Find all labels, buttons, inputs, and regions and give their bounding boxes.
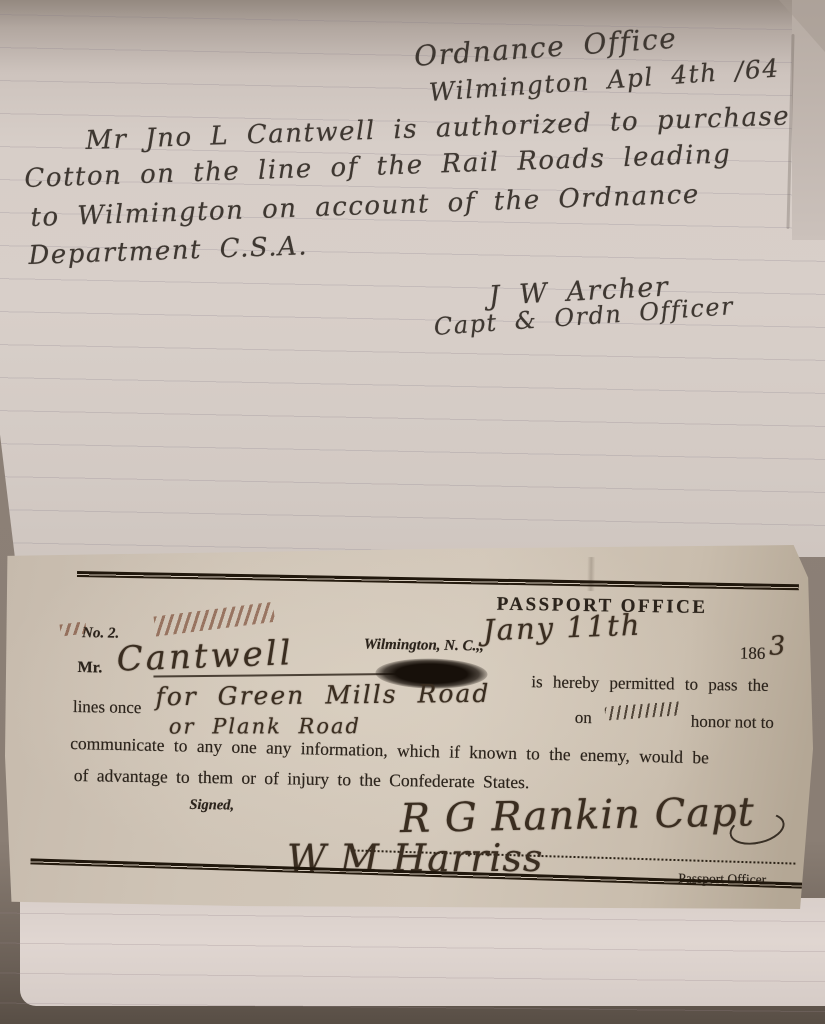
name-handwritten: Cantwell [116,633,294,679]
route-handwritten: for Green Mills Road [155,679,490,712]
ordnance-note-paper: Ordnance Office Wilmington Apl 4th /64 M… [0,0,825,557]
form-place: Wilmington, N. C.,, [364,637,484,656]
signature-rankin: R G Rankin Capt [400,789,756,842]
date-handwritten: Jany 11th [482,608,642,648]
permit-text: is hereby permitted to pass the [531,672,769,696]
salutation-label: Mr. [77,659,102,677]
form-number: No. 2. [82,625,119,643]
on-label: on [575,708,592,728]
year-handwritten: 3 [768,631,786,662]
torn-corner [779,0,825,52]
passport-form-paper: PASSPORT OFFICE No. 2. Wilmington, N. C.… [5,545,813,909]
signed-label: Signed, [189,797,234,815]
ink-scribble [605,701,682,720]
lines-once-label: lines once [73,697,142,718]
year-printed: 186 [740,643,766,663]
ink-smear [154,602,276,637]
oath-line2: of advantage to them or of injury to the… [74,765,530,793]
document-photo: Ordnance Office Wilmington Apl 4th /64 M… [0,0,825,1024]
bottom-lined-paper [20,898,825,1006]
oath-line1: communicate to any one any information, … [70,733,709,768]
route-interline-handwritten: or Plank Road [169,714,361,738]
top-double-rule [77,571,799,590]
honor-label: honor not to [691,712,774,733]
